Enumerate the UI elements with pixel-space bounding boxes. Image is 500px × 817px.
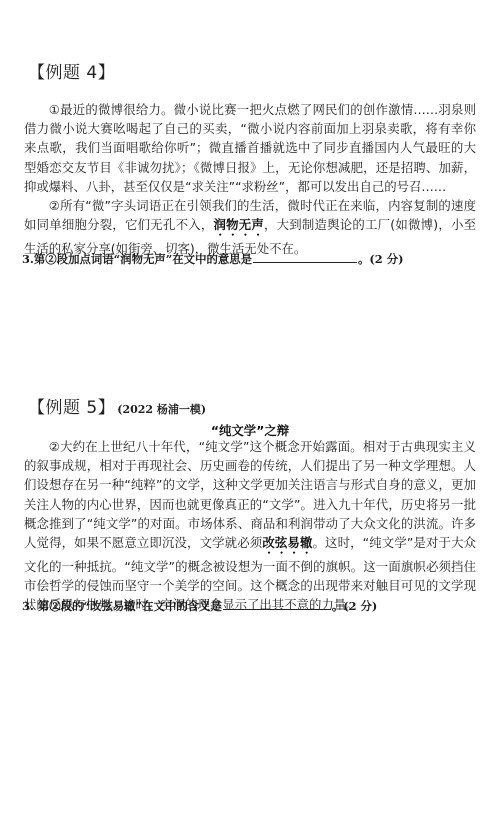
example-4-heading: 【例题 4】 — [28, 58, 115, 83]
example-5-title: 【例题 5】 — [28, 398, 115, 418]
question-prompt: 3. 第②段的“改弦易辙”在文中的含义是 — [22, 599, 222, 613]
question-score: 。(2 分) — [358, 252, 403, 266]
question-prompt: 3.第②段加点词语“润物无声”在文中的意思是 — [22, 252, 252, 266]
example-4-title: 【例题 4】 — [28, 63, 115, 83]
example-4-question: 3.第②段加点词语“润物无声”在文中的意思是。(2 分) — [22, 250, 403, 267]
paragraph-text-before: ②大约在上世纪八十年代，“纯文学”这个概念开始露面。相对于古典现实主义的叙事成规… — [24, 439, 476, 550]
example-5-source: (2022 杨浦一模) — [117, 403, 206, 416]
emphasized-phrase: 润物无声 — [213, 217, 264, 232]
answer-blank[interactable] — [253, 250, 357, 263]
emphasized-phrase: 改弦易辙 — [262, 535, 312, 550]
example-5-heading: 【例题 5】(2022 杨浦一模) — [28, 393, 206, 418]
answer-blank[interactable] — [223, 597, 331, 610]
example-4-passage: ①最近的微博很给力。微小说比赛一把火点燃了网民们的创作激情……羽泉则借力微小说大… — [24, 100, 476, 258]
example-5-question: 3. 第②段的“改弦易辙”在文中的含义是。(2 分) — [22, 597, 377, 614]
example-5-passage: ②大约在上世纪八十年代，“纯文学”这个概念开始露面。相对于古典现实主义的叙事成规… — [24, 437, 476, 615]
example-4-paragraph-1: ①最近的微博很给力。微小说比赛一把火点燃了网民们的创作激情……羽泉则借力微小说大… — [24, 100, 476, 196]
example-5-paragraph-2: ②大约在上世纪八十年代，“纯文学”这个概念开始露面。相对于古典现实主义的叙事成规… — [24, 437, 476, 615]
document-page: 【例题 4】 ①最近的微博很给力。微小说比赛一把火点燃了网民们的创作激情……羽泉… — [0, 0, 500, 817]
question-score: 。(2 分) — [332, 599, 377, 613]
